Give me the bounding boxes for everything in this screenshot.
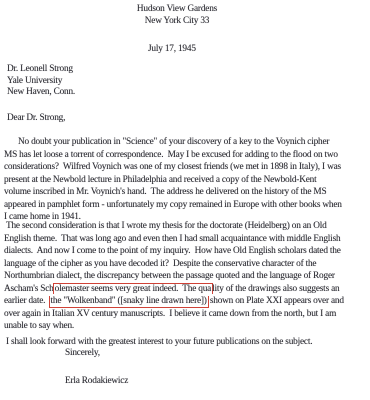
letter-date: July 17, 1945 [148, 44, 196, 54]
paragraph-1: No doubt your publication in "Science" o… [4, 136, 342, 224]
signature-name: Erla Rodakiewicz [65, 376, 128, 386]
letterhead-line2: New York City 33 [0, 15, 354, 27]
red-annotation-box-top: olemaster seems very great indeed. The q… [53, 283, 213, 294]
closing: Sincerely, [65, 348, 100, 358]
red-annotation-box-wolkenband: the "Wolkenband" ([snaky line drawn here… [49, 296, 209, 308]
salutation: Dear Dr. Strong, [7, 113, 65, 123]
letterhead-line1: Hudson View Gardens [0, 3, 354, 15]
letterhead: Hudson View Gardens New York City 33 [0, 3, 354, 28]
letter-page: Hudson View Gardens New York City 33 Jul… [0, 0, 370, 400]
recipient-address: Dr. Leonell Strong Yale University New H… [7, 64, 75, 99]
paragraph-3: I shall look forward with the greatest i… [6, 336, 312, 349]
paragraph-2: The second consideration is that I wrote… [4, 220, 344, 333]
